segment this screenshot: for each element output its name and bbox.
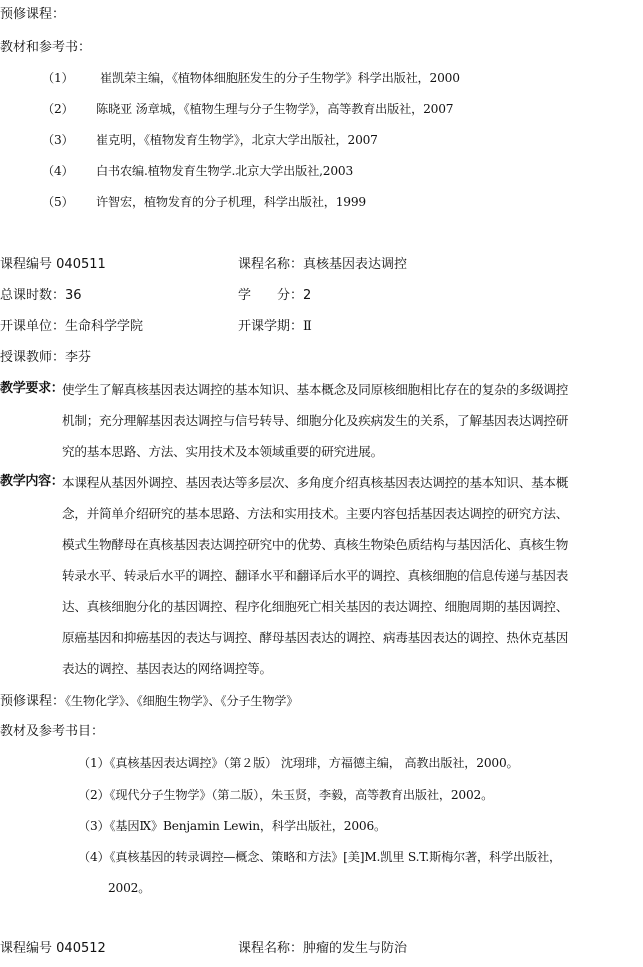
course-code: 040512 bbox=[56, 941, 106, 956]
credit-value: 2 bbox=[303, 288, 311, 303]
item-number: （1） bbox=[78, 756, 110, 770]
textbook-item: （3）崔克明，《植物发育生物学》，北京大学出版社，2007 bbox=[42, 131, 378, 149]
text-line: 念，并简单介绍研究的基本思路、方法和实用技术。主要内容包括基因表达调控的研究方法… bbox=[62, 498, 643, 529]
unit-label: 开课单位： bbox=[0, 319, 65, 334]
textbook-item: （3）《基因Ⅸ》Benjamin Lewin，科学出版社，2006。 bbox=[78, 817, 386, 835]
teacher-value: 李芬 bbox=[65, 350, 91, 365]
course-name-label: 课程名称： bbox=[238, 257, 303, 272]
item-text: 白书农编.植物发育生物学.北京大学出版社,2003 bbox=[96, 164, 353, 178]
course-code-label: 课程编号 bbox=[0, 941, 52, 956]
prereq-value: 《生物化学》、《细胞生物学》、《分子生物学》 bbox=[65, 694, 298, 708]
course-name: 肿瘤的发生与防治 bbox=[303, 941, 407, 956]
item-text: 《基因Ⅸ》Benjamin Lewin，科学出版社，2006。 bbox=[110, 819, 386, 833]
requirements-text: 使学生了解真核基因表达调控的基本知识、基本概念及同原核细胞相比存在的复杂的多级调… bbox=[62, 374, 643, 467]
textbook-item: （1）崔凯荣主编，《植物体细胞胚发生的分子生物学》科学出版社，2000 bbox=[42, 69, 460, 87]
hours-value: 36 bbox=[65, 288, 82, 303]
content-text: 本课程从基因外调控、基因表达等多层次、多角度介绍真核基因表达调控的基本知识、基本… bbox=[62, 467, 643, 684]
course-name: 真核基因表达调控 bbox=[303, 257, 407, 272]
course-code-row: 课程编号 040511 bbox=[0, 256, 106, 274]
text-line: 转录水平、转录后水平的调控、翻译水平和翻译后水平的调控、真核细胞的信息传递与基因… bbox=[62, 560, 643, 591]
textbook-item: （4）《真核基因的转录调控—概念、策略和方法》[美]M.凯里 S.T.斯梅尔著，… bbox=[78, 848, 561, 866]
term-label: 开课学期： bbox=[238, 319, 303, 334]
hours-label: 总课时数： bbox=[0, 288, 65, 303]
text-line: 达、真核细胞分化的基因调控、程序化细胞死亡相关基因的表达调控、细胞周期的基因调控… bbox=[62, 591, 643, 622]
hours-row: 总课时数：36 bbox=[0, 287, 82, 305]
textbook-item: （4）白书农编.植物发育生物学.北京大学出版社,2003 bbox=[42, 162, 353, 180]
course-name-row: 课程名称：真核基因表达调控 bbox=[238, 256, 407, 274]
item-number: （1） bbox=[42, 69, 100, 87]
textbooks-label: 教材和参考书： bbox=[0, 40, 91, 55]
textbook-item: （2）《现代分子生物学》（第二版），朱玉贤，李毅，高等教育出版社，2002。 bbox=[78, 786, 493, 804]
course-code-row: 课程编号 040512 bbox=[0, 940, 106, 958]
item-number: （3） bbox=[78, 819, 110, 833]
unit-value: 生命科学学院 bbox=[65, 319, 143, 334]
text-line: 究的基本思路、方法、实用技术及本领域重要的研究进展。 bbox=[62, 436, 643, 467]
textbooks-heading: 教材及参考书目： bbox=[0, 723, 104, 741]
prereq-row: 预修课程：《生物化学》、《细胞生物学》、《分子生物学》 bbox=[0, 692, 298, 711]
course-code-label: 课程编号 bbox=[0, 257, 52, 272]
item-text: 《现代分子生物学》（第二版），朱玉贤，李毅，高等教育出版社，2002。 bbox=[110, 788, 494, 802]
prereq-label: 预修课程： bbox=[0, 694, 65, 709]
text-line: 本课程从基因外调控、基因表达等多层次、多角度介绍真核基因表达调控的基本知识、基本… bbox=[62, 467, 643, 498]
text-line: 机制；充分理解基因表达调控与信号转导、细胞分化及疾病发生的关系，了解基因表达调控… bbox=[62, 405, 643, 436]
textbooks-heading: 教材和参考书： bbox=[0, 39, 91, 57]
textbook-item-continuation: 2002。 bbox=[108, 879, 150, 897]
course-code: 040511 bbox=[56, 257, 106, 272]
item-text: 崔克明，《植物发育生物学》，北京大学出版社，2007 bbox=[96, 133, 378, 147]
course-name-row: 课程名称：肿瘤的发生与防治 bbox=[238, 940, 407, 958]
item-text: 崔凯荣主编，《植物体细胞胚发生的分子生物学》科学出版社，2000 bbox=[100, 71, 460, 85]
item-text: 陈晓亚 汤章城，《植物生理与分子生物学》，高等教育出版社，2007 bbox=[96, 102, 453, 116]
textbook-item: （1）《真核基因表达调控》（第２版） 沈珝琲，方福德主编， 高教出版社，2000… bbox=[78, 754, 519, 772]
item-number: （5） bbox=[42, 193, 96, 211]
item-number: （4） bbox=[78, 850, 110, 864]
textbook-item: （5）许智宏，植物发育的分子机理，科学出版社，1999 bbox=[42, 193, 366, 211]
term-value: Ⅱ bbox=[303, 319, 312, 334]
text-line: 原癌基因和抑癌基因的表达与调控、酵母基因表达的调控、病毒基因表达的调控、热休克基… bbox=[62, 622, 643, 653]
text-line: 使学生了解真核基因表达调控的基本知识、基本概念及同原核细胞相比存在的复杂的多级调… bbox=[62, 374, 643, 405]
prereq-heading: 预修课程： bbox=[0, 6, 65, 24]
item-number: （2） bbox=[42, 100, 96, 118]
text-line: 模式生物酵母在真核基因表达调控研究中的优势、真核生物染色质结构与基因活化、真核生… bbox=[62, 529, 643, 560]
item-number: （2） bbox=[78, 788, 110, 802]
content-label: 教学内容： bbox=[0, 473, 64, 491]
credit-label: 学 分： bbox=[238, 288, 303, 303]
unit-row: 开课单位：生命科学学院 bbox=[0, 318, 143, 336]
textbooks-label: 教材及参考书目： bbox=[0, 724, 104, 739]
text-line: 表达的调控、基因表达的网络调控等。 bbox=[62, 653, 643, 684]
textbook-item: （2）陈晓亚 汤章城，《植物生理与分子生物学》，高等教育出版社，2007 bbox=[42, 100, 453, 118]
item-number: （4） bbox=[42, 162, 96, 180]
prereq-label: 预修课程： bbox=[0, 7, 65, 22]
item-number: （3） bbox=[42, 131, 96, 149]
term-row: 开课学期：Ⅱ bbox=[238, 318, 312, 336]
teacher-label: 授课教师： bbox=[0, 350, 65, 365]
item-text: 《真核基因表达调控》（第２版） 沈珝琲，方福德主编， 高教出版社，2000。 bbox=[110, 756, 519, 770]
course-name-label: 课程名称： bbox=[238, 941, 303, 956]
teacher-row: 授课教师：李芬 bbox=[0, 349, 91, 367]
item-text: 许智宏，植物发育的分子机理，科学出版社，1999 bbox=[96, 195, 366, 209]
item-text: 《真核基因的转录调控—概念、策略和方法》[美]M.凯里 S.T.斯梅尔著，科学出… bbox=[110, 850, 561, 864]
requirements-label: 教学要求： bbox=[0, 380, 64, 398]
credit-row: 学 分：2 bbox=[238, 287, 311, 305]
